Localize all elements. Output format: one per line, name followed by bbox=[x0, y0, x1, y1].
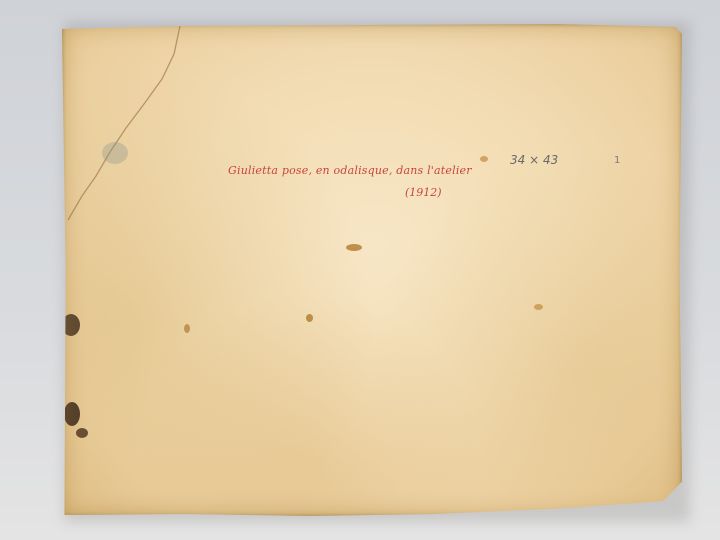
handwritten-year: (1912) bbox=[405, 186, 442, 199]
painting-board-back bbox=[62, 24, 682, 516]
pencil-dimensions: 34 × 43 bbox=[510, 153, 558, 167]
edge-darkening bbox=[62, 24, 682, 516]
pencil-mark: 1 bbox=[614, 155, 620, 166]
handwritten-title: Giulietta pose, en odalisque, dans l'ate… bbox=[228, 164, 472, 177]
